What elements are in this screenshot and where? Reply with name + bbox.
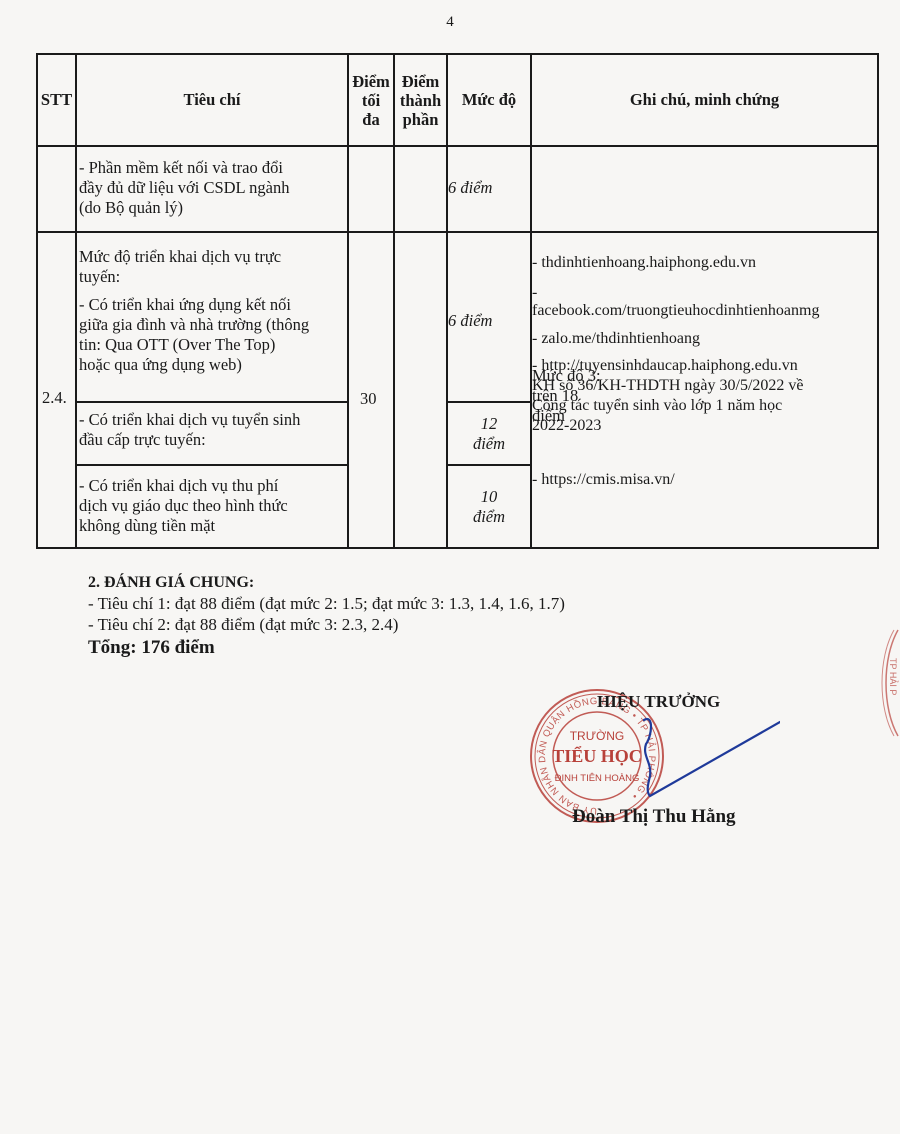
row-max-score: 30 — [360, 389, 377, 409]
handwritten-signature — [640, 700, 780, 810]
continuation-criteria: - Phần mềm kết nối và trao đổi đầy đủ dữ… — [79, 158, 347, 218]
sub-item-1-score: 6 điểm — [448, 311, 532, 331]
svg-text:TRƯỜNG: TRƯỜNG — [570, 728, 625, 743]
header-stt: STT — [38, 55, 75, 145]
evaluation-table: STT Tiêu chí Điểm tối đa Điểm thành phần… — [36, 53, 879, 549]
evidence-enrollment-site: - http://tuyensinhdaucap.haiphong.edu.vn — [532, 356, 877, 376]
header-component-score: Điểm thành phần — [395, 55, 446, 145]
svg-text:ĐINH TIÊN HOÀNG: ĐINH TIÊN HOÀNG — [555, 773, 640, 784]
evidence-cmis: - https://cmis.misa.vn/ — [532, 470, 877, 490]
signer-name: Đoàn Thị Thu Hằng — [572, 806, 736, 828]
general-assessment: 2. ĐÁNH GIÁ CHUNG: - Tiêu chí 1: đạt 88 … — [88, 572, 565, 658]
evidence-list: - thdinhtienhoang.haiphong.edu.vn - face… — [532, 253, 877, 490]
section-title: 2. ĐÁNH GIÁ CHUNG: — [88, 572, 565, 593]
header-max-score: Điểm tối đa — [349, 55, 393, 145]
sub-item-3-score: 10 điểm — [448, 466, 530, 547]
svg-text:TIỂU HỌC: TIỂU HỌC — [552, 745, 642, 766]
sub-item-1-criteria: Mức độ triển khai dịch vụ trực tuyến: - … — [79, 247, 347, 375]
total-score: Tổng: 176 điểm — [88, 637, 565, 658]
criteria-2-result: - Tiêu chí 2: đạt 88 điểm (đạt mức 3: 2.… — [88, 614, 565, 635]
row-stt: 2.4. — [42, 388, 67, 408]
evidence-website: - thdinhtienhoang.haiphong.edu.vn — [532, 253, 877, 273]
sub-item-2-score: 12 điểm — [448, 403, 530, 464]
evidence-facebook: facebook.com/truongtieuhocdinhtienhoanmg — [532, 301, 877, 321]
header-level: Mức độ — [448, 55, 530, 145]
sub-item-3-criteria: - Có triển khai dịch vụ thu phí dịch vụ … — [79, 476, 347, 536]
sub-item-2-criteria: - Có triển khai dịch vụ tuyển sinh đầu c… — [79, 410, 347, 450]
side-stamp-fragment: TP HẢI P — [868, 628, 900, 738]
criteria-1-result: - Tiêu chí 1: đạt 88 điểm (đạt mức 2: 1.… — [88, 593, 565, 614]
header-criteria: Tiêu chí — [77, 55, 347, 145]
header-notes: Ghi chú, minh chứng — [532, 55, 877, 145]
continuation-component-score: 6 điểm — [448, 178, 532, 198]
svg-text:TP HẢI P: TP HẢI P — [888, 658, 899, 695]
evidence-zalo: - zalo.me/thdinhtienhoang — [532, 329, 877, 349]
page-number: 4 — [0, 14, 900, 31]
